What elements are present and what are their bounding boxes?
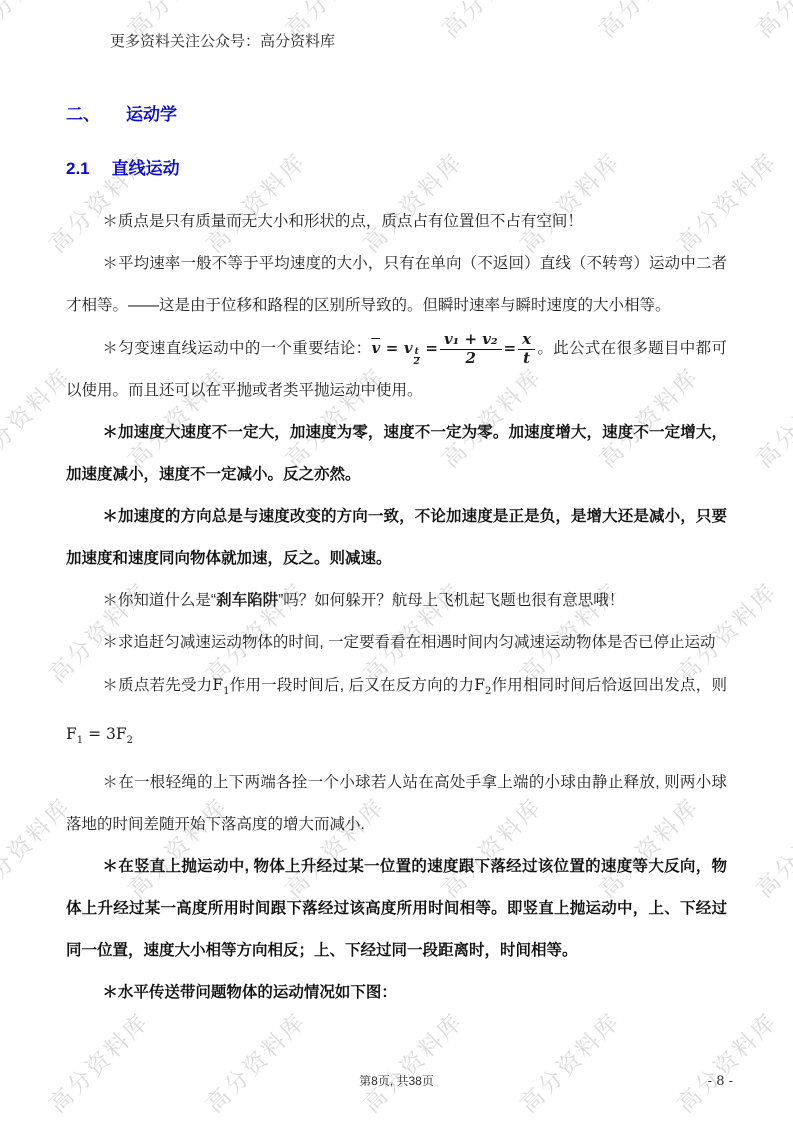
page-content: 更多资料关注公众号：高分资料库 二、运动学 2.1直线运动 ＊质点是只有质量而无… <box>0 0 793 1122</box>
force-f2-symbol: F2 <box>474 676 491 694</box>
v-half-time: v <box>404 339 413 357</box>
paragraph-vertical-throw: ＊在竖直上抛运动中, 物体上升经过某一位置的速度跟下落经过该位置的速度等大反向，… <box>66 846 727 972</box>
section-title: 运动学 <box>126 105 177 124</box>
paragraph-list: ＊质点是只有质量而无大小和形状的点，质点占有位置但不占有空间！ ＊平均速率一般不… <box>66 201 727 1014</box>
brake-trap-term: 刹车陷阱 <box>216 592 278 609</box>
subsection-number: 2.1 <box>66 159 90 178</box>
force-text-c: 作用相同时间后恰返回出发点，则 <box>491 677 727 694</box>
paragraph-force-return: ＊质点若先受力F1作用一段时间后, 后又在反方向的力F2作用相同时间后恰返回出发… <box>66 664 727 762</box>
fraction-x-over-t: xt <box>518 331 535 367</box>
header-notice: 更多资料关注公众号：高分资料库 <box>66 30 727 51</box>
paragraph-formula: ＊匀变速直线运动中的一个重要结论：v = vt2 =v₁ + v₂2=xt。此公… <box>66 327 727 412</box>
paragraph-chase-problem: ＊求追赶匀减速运动物体的时间, 一定要看看在相遇时间内匀减速运动物体是否已停止运… <box>66 622 727 664</box>
equals-sign: = <box>386 339 399 357</box>
paragraph-rope-balls: ＊在一根轻绳的上下两端各拴一个小球若人站在高处手拿上端的小球由静止释放, 则两小… <box>66 762 727 846</box>
formula-f1-equals-3f2: F1 = 3F2 <box>66 725 133 743</box>
brake-pre-text: ＊你知道什么是“ <box>102 592 216 609</box>
paragraph-average-speed: ＊平均速率一般不等于平均速度的大小，只有在单向（不返回）直线（不转弯）运动中二者… <box>66 243 727 327</box>
subsection-heading-linear-motion: 2.1直线运动 <box>66 154 727 179</box>
brake-post-text: ”吗？如何躲开？航母上飞机起飞题也很有意思哦！ <box>278 592 624 609</box>
force-text-a: ＊质点若先受力 <box>102 677 212 694</box>
average-velocity-formula: v = vt2 =v₁ + v₂2=xt <box>371 339 537 357</box>
paragraph-acceleration-direction: ＊加速度的方向总是与速度改变的方向一致，不论加速度是正是负，是增大还是减小，只要… <box>66 496 727 580</box>
subsection-title: 直线运动 <box>112 159 180 178</box>
v-bar: v <box>371 339 380 357</box>
section-heading-kinematics: 二、运动学 <box>66 100 727 125</box>
force-text-b: 作用一段时间后, 后又在反方向的力 <box>230 677 475 694</box>
paragraph-conveyor-belt: ＊水平传送带问题物体的运动情况如下图： <box>66 972 727 1014</box>
fraction-v1-plus-v2-over-2: v₁ + v₂2 <box>440 331 502 367</box>
subscript-t-over-2: t2 <box>414 348 420 368</box>
force-f1-symbol: F1 <box>212 676 229 694</box>
document-page: 高分资料库高分资料库高分资料库高分资料库高分资料库高分资料库高分资料库高分资料库… <box>0 0 793 1122</box>
paragraph-mass-point: ＊质点是只有质量而无大小和形状的点，质点占有位置但不占有空间！ <box>66 201 727 243</box>
paragraph-acceleration-magnitude: ＊加速度大速度不一定大，加速度为零，速度不一定为零。加速度增大，速度不一定增大，… <box>66 412 727 496</box>
formula-intro-text: ＊匀变速直线运动中的一个重要结论： <box>102 340 371 357</box>
footer-page-info: 第8页, 共38页 <box>0 1072 793 1089</box>
equals-sign: = <box>504 339 517 357</box>
paragraph-brake-trap: ＊你知道什么是“刹车陷阱”吗？如何躲开？航母上飞机起飞题也很有意思哦！ <box>66 580 727 622</box>
footer-page-number: - 8 - <box>708 1074 733 1089</box>
equals-sign: = <box>425 339 438 357</box>
section-number: 二、 <box>66 105 100 124</box>
